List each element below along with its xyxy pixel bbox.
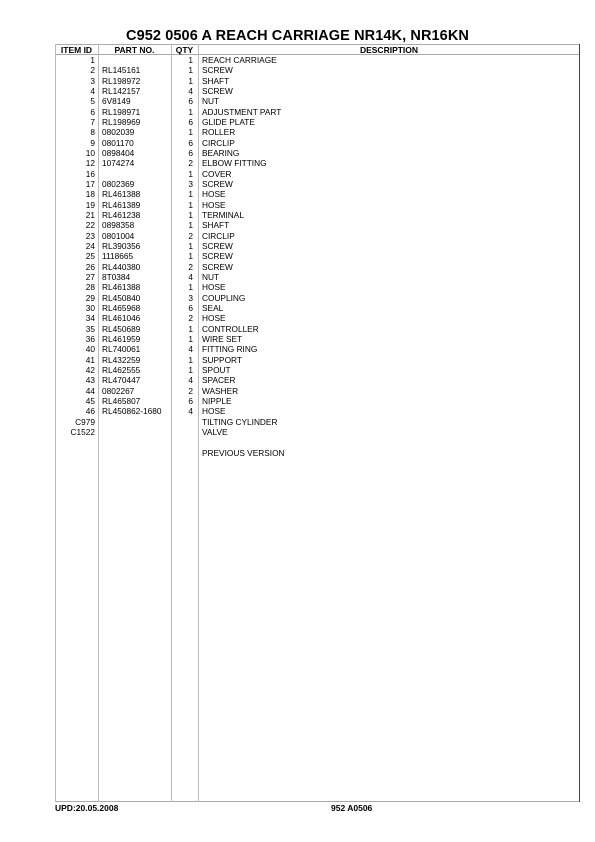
item-id-cell: 24: [55, 241, 95, 251]
description-cell: GLIDE PLATE: [202, 117, 255, 127]
qty-cell: 2: [171, 313, 193, 323]
qty-cell: 1: [171, 65, 193, 75]
qty-cell: 3: [171, 293, 193, 303]
table-row: 11REACH CARRIAGE: [55, 55, 579, 65]
qty-cell: 1: [171, 355, 193, 365]
item-id-cell: 6: [55, 107, 95, 117]
table-row: 2308010042CIRCLIP: [55, 231, 579, 241]
table-row: 46RL450862-16804HOSE: [55, 406, 579, 416]
table-row: 4408022672WASHER: [55, 386, 579, 396]
part-no-cell: RL461046: [102, 313, 140, 323]
item-id-cell: 46: [55, 406, 95, 416]
qty-cell: 2: [171, 231, 193, 241]
qty-cell: 2: [171, 386, 193, 396]
table-row: 808020391ROLLER: [55, 127, 579, 137]
qty-cell: 1: [171, 127, 193, 137]
table-row: 36RL4619591WIRE SET: [55, 334, 579, 344]
description-cell: WIRE SET: [202, 334, 242, 344]
item-id-cell: 41: [55, 355, 95, 365]
qty-cell: 2: [171, 262, 193, 272]
description-cell: TERMINAL: [202, 210, 244, 220]
part-no-cell: RL465807: [102, 396, 140, 406]
part-no-cell: RL461389: [102, 200, 140, 210]
item-id-cell: 30: [55, 303, 95, 313]
description-cell: CIRCLIP: [202, 231, 235, 241]
part-no-cell: 6V8149: [102, 96, 131, 106]
item-id-cell: 35: [55, 324, 95, 334]
qty-cell: 1: [171, 107, 193, 117]
table-row: C979TILTING CYLINDER: [55, 417, 579, 427]
table-row: 40RL7400614FITTING RING: [55, 344, 579, 354]
table-row: 908011706CIRCLIP: [55, 138, 579, 148]
part-no-cell: RL142157: [102, 86, 140, 96]
item-id-cell: 21: [55, 210, 95, 220]
table-row: 7RL1989696GLIDE PLATE: [55, 117, 579, 127]
table-row: 2RL1451611SCREW: [55, 65, 579, 75]
item-id-cell: 43: [55, 375, 95, 385]
part-no-cell: RL198972: [102, 76, 140, 86]
table-row: 1008984046BEARING: [55, 148, 579, 158]
item-id-cell: 1: [55, 55, 95, 65]
table-row: 43RL4704474SPACER: [55, 375, 579, 385]
part-no-cell: RL465968: [102, 303, 140, 313]
item-id-cell: 45: [55, 396, 95, 406]
table-row: 28RL4613881HOSE: [55, 282, 579, 292]
description-cell: SEAL: [202, 303, 223, 313]
item-id-cell: 4: [55, 86, 95, 96]
item-id-cell: C979: [55, 417, 95, 427]
description-cell: ROLLER: [202, 127, 235, 137]
qty-cell: 2: [171, 158, 193, 168]
item-id-cell: 18: [55, 189, 95, 199]
item-id-cell: 25: [55, 251, 95, 261]
table-row: 1210742742ELBOW FITTING: [55, 158, 579, 168]
table-row: 19RL4613891HOSE: [55, 200, 579, 210]
qty-cell: 1: [171, 55, 193, 65]
qty-cell: 1: [171, 251, 193, 261]
document-code: 952 A0506: [331, 803, 372, 813]
description-cell: SHAFT: [202, 76, 229, 86]
qty-cell: 1: [171, 365, 193, 375]
description-cell: CONTROLLER: [202, 324, 259, 334]
description-cell: ELBOW FITTING: [202, 158, 267, 168]
part-no-cell: RL450689: [102, 324, 140, 334]
description-cell: SUPPORT: [202, 355, 242, 365]
qty-cell: 4: [171, 86, 193, 96]
item-id-cell: 7: [55, 117, 95, 127]
description-cell: SCREW: [202, 65, 233, 75]
qty-cell: 3: [171, 179, 193, 189]
item-id-cell: 27: [55, 272, 95, 282]
update-date: UPD:20.05.2008: [55, 803, 118, 813]
table-bottom-border: [55, 801, 579, 802]
table-row: 41RL4322591SUPPORT: [55, 355, 579, 365]
qty-cell: 1: [171, 189, 193, 199]
table-row: 1708023693SCREW: [55, 179, 579, 189]
description-cell: COVER: [202, 169, 232, 179]
qty-cell: 6: [171, 396, 193, 406]
table-row: 34RL4610462HOSE: [55, 313, 579, 323]
part-no-cell: RL198969: [102, 117, 140, 127]
item-id-cell: 9: [55, 138, 95, 148]
qty-cell: 4: [171, 375, 193, 385]
part-no-cell: RL198971: [102, 107, 140, 117]
description-cell: NUT: [202, 272, 219, 282]
part-no-cell: RL440380: [102, 262, 140, 272]
table-row: 161COVER: [55, 169, 579, 179]
description-cell: REACH CARRIAGE: [202, 55, 277, 65]
description-cell: HOSE: [202, 406, 226, 416]
description-cell: TILTING CYLINDER: [202, 417, 277, 427]
part-no-cell: RL450862-1680: [102, 406, 162, 416]
item-id-cell: 8: [55, 127, 95, 137]
table-row: 2511186651SCREW: [55, 251, 579, 261]
item-id-cell: 40: [55, 344, 95, 354]
part-no-cell: RL461388: [102, 189, 140, 199]
table-row: 45RL4658076NIPPLE: [55, 396, 579, 406]
description-cell: SCREW: [202, 179, 233, 189]
description-cell: HOSE: [202, 313, 226, 323]
description-cell: CIRCLIP: [202, 138, 235, 148]
description-cell: NIPPLE: [202, 396, 232, 406]
header-item-id: ITEM ID: [55, 45, 98, 55]
header-qty: QTY: [171, 45, 198, 55]
description-cell: SHAFT: [202, 220, 229, 230]
part-no-cell: 0802039: [102, 127, 134, 137]
table-row: 3RL1989721SHAFT: [55, 76, 579, 86]
description-cell: SPOUT: [202, 365, 231, 375]
header-description: DESCRIPTION: [198, 45, 580, 55]
qty-cell: 1: [171, 220, 193, 230]
description-cell: HOSE: [202, 189, 226, 199]
table-row: 18RL4613881HOSE: [55, 189, 579, 199]
description-cell: NUT: [202, 96, 219, 106]
item-id-cell: 2: [55, 65, 95, 75]
qty-cell: 6: [171, 148, 193, 158]
part-no-cell: 8T0384: [102, 272, 130, 282]
part-no-cell: RL470447: [102, 375, 140, 385]
qty-cell: 6: [171, 138, 193, 148]
item-id-cell: 12: [55, 158, 95, 168]
part-no-cell: 0801170: [102, 138, 134, 148]
table-row: [55, 437, 579, 447]
part-no-cell: RL461238: [102, 210, 140, 220]
part-no-cell: RL145161: [102, 65, 140, 75]
item-id-cell: 26: [55, 262, 95, 272]
description-cell: BEARING: [202, 148, 239, 158]
item-id-cell: C1522: [55, 427, 95, 437]
header-part-no: PART NO.: [98, 45, 171, 55]
qty-cell: 1: [171, 169, 193, 179]
description-cell: HOSE: [202, 282, 226, 292]
part-no-cell: 0802369: [102, 179, 134, 189]
part-no-cell: 1074274: [102, 158, 134, 168]
qty-cell: 1: [171, 210, 193, 220]
item-id-cell: 19: [55, 200, 95, 210]
table-row: PREVIOUS VERSION: [55, 448, 579, 458]
part-no-cell: 1118665: [102, 251, 133, 261]
table-row: 30RL4659686SEAL: [55, 303, 579, 313]
description-cell: SCREW: [202, 86, 233, 96]
description-cell: PREVIOUS VERSION: [202, 448, 285, 458]
part-no-cell: RL432259: [102, 355, 140, 365]
description-cell: COUPLING: [202, 293, 245, 303]
item-id-cell: 16: [55, 169, 95, 179]
table-row: 4RL1421574SCREW: [55, 86, 579, 96]
description-cell: SCREW: [202, 251, 233, 261]
item-id-cell: 10: [55, 148, 95, 158]
table-row: 21RL4612381TERMINAL: [55, 210, 579, 220]
qty-cell: 4: [171, 344, 193, 354]
qty-cell: 1: [171, 282, 193, 292]
description-cell: SCREW: [202, 262, 233, 272]
description-cell: FITTING RING: [202, 344, 257, 354]
qty-cell: 4: [171, 406, 193, 416]
item-id-cell: 36: [55, 334, 95, 344]
item-id-cell: 22: [55, 220, 95, 230]
description-cell: VALVE: [202, 427, 228, 437]
item-id-cell: 29: [55, 293, 95, 303]
page-title: C952 0506 A REACH CARRIAGE NR14K, NR16KN: [0, 28, 595, 44]
part-no-cell: 0898404: [102, 148, 134, 158]
table-row: 42RL4625551SPOUT: [55, 365, 579, 375]
item-id-cell: 28: [55, 282, 95, 292]
parts-table: ITEM ID PART NO. QTY DESCRIPTION 11REACH…: [55, 44, 580, 802]
item-id-cell: 42: [55, 365, 95, 375]
part-no-cell: RL390356: [102, 241, 140, 251]
qty-cell: 6: [171, 303, 193, 313]
table-row: 2208983581SHAFT: [55, 220, 579, 230]
table-row: 6RL1989711ADJUSTMENT PART: [55, 107, 579, 117]
table-row: 278T03844NUT: [55, 272, 579, 282]
description-cell: ADJUSTMENT PART: [202, 107, 281, 117]
qty-cell: 4: [171, 272, 193, 282]
qty-cell: 6: [171, 96, 193, 106]
table-row: 29RL4508403COUPLING: [55, 293, 579, 303]
item-id-cell: 5: [55, 96, 95, 106]
item-id-cell: 23: [55, 231, 95, 241]
qty-cell: 1: [171, 334, 193, 344]
part-no-cell: RL462555: [102, 365, 140, 375]
description-cell: SPACER: [202, 375, 236, 385]
qty-cell: 1: [171, 200, 193, 210]
table-row: 24RL3903561SCREW: [55, 241, 579, 251]
part-no-cell: 0801004: [102, 231, 134, 241]
table-row: C1522VALVE: [55, 427, 579, 437]
qty-cell: 6: [171, 117, 193, 127]
part-no-cell: 0802267: [102, 386, 134, 396]
qty-cell: 1: [171, 324, 193, 334]
part-no-cell: 0898358: [102, 220, 134, 230]
table-row: 56V81496NUT: [55, 96, 579, 106]
item-id-cell: 34: [55, 313, 95, 323]
description-cell: SCREW: [202, 241, 233, 251]
item-id-cell: 3: [55, 76, 95, 86]
part-no-cell: RL450840: [102, 293, 140, 303]
qty-cell: 1: [171, 76, 193, 86]
part-no-cell: RL740061: [102, 344, 140, 354]
part-no-cell: RL461388: [102, 282, 140, 292]
item-id-cell: 17: [55, 179, 95, 189]
qty-cell: 1: [171, 241, 193, 251]
item-id-cell: 44: [55, 386, 95, 396]
part-no-cell: RL461959: [102, 334, 140, 344]
table-row: 26RL4403802SCREW: [55, 262, 579, 272]
description-cell: HOSE: [202, 200, 226, 210]
description-cell: WASHER: [202, 386, 238, 396]
table-row: 35RL4506891CONTROLLER: [55, 324, 579, 334]
